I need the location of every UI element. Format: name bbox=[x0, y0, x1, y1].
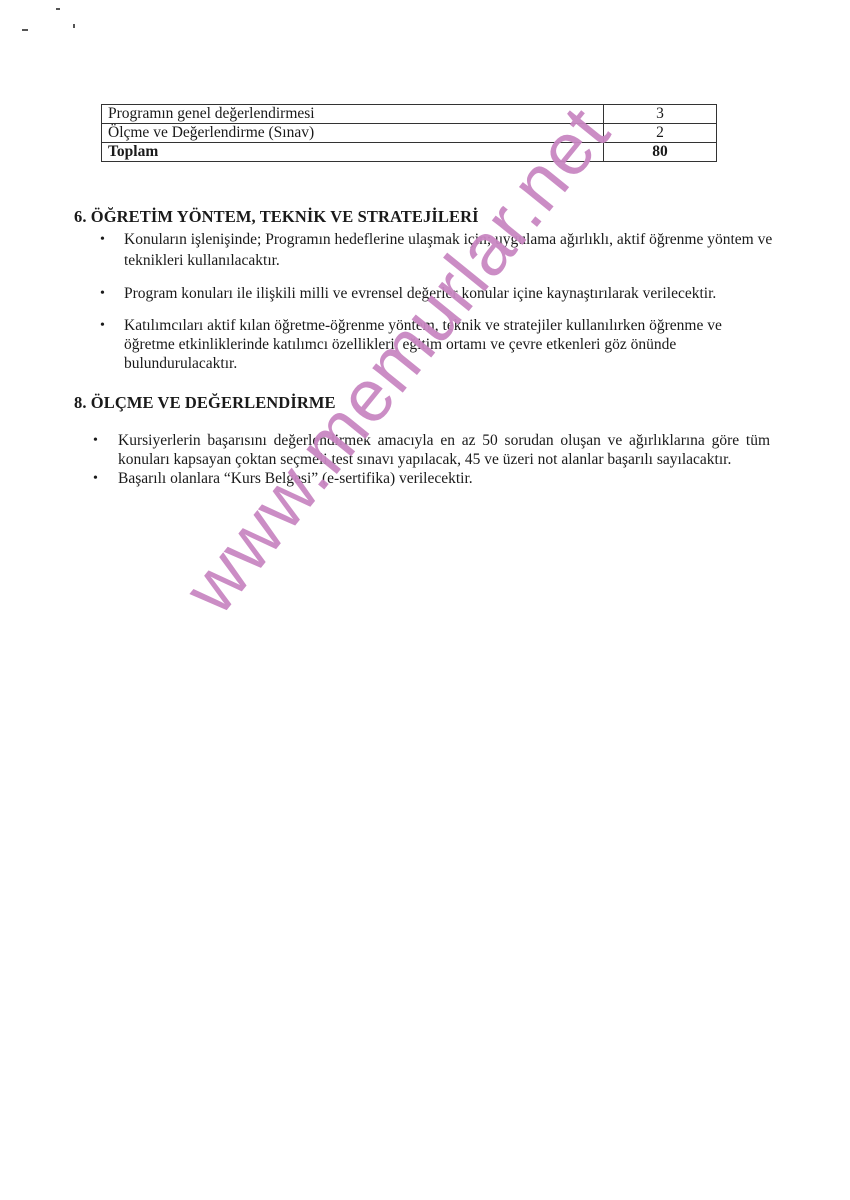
row-value: 2 bbox=[604, 124, 717, 143]
table-row: Ölçme ve Değerlendirme (Sınav) 2 bbox=[102, 124, 717, 143]
scan-artifact bbox=[56, 8, 60, 10]
section-heading: 8. ÖLÇME VE DEĞERLENDİRME bbox=[74, 393, 774, 413]
section-teaching-methods: 6. ÖĞRETİM YÖNTEM, TEKNİK VE STRATEJİLER… bbox=[74, 207, 774, 373]
total-value: 80 bbox=[604, 143, 717, 162]
list-item-text: Program konuları ile ilişkili milli ve e… bbox=[124, 285, 716, 302]
section-heading: 6. ÖĞRETİM YÖNTEM, TEKNİK VE STRATEJİLER… bbox=[74, 207, 774, 227]
list-item-text: Katılımcıları aktif kılan öğretme-öğrenm… bbox=[124, 317, 722, 372]
row-value: 3 bbox=[604, 105, 717, 124]
list-item-text: Kursiyerlerin başarısını değerlendirmek … bbox=[118, 432, 770, 468]
list-item: •Program konuları ile ilişkili milli ve … bbox=[74, 284, 774, 303]
row-label: Ölçme ve Değerlendirme (Sınav) bbox=[102, 124, 604, 143]
total-label: Toplam bbox=[102, 143, 604, 162]
bullet-icon: • bbox=[93, 431, 98, 450]
bullet-icon: • bbox=[100, 284, 105, 303]
list-item: •Kursiyerlerin başarısını değerlendirmek… bbox=[74, 431, 770, 469]
bullet-icon: • bbox=[100, 316, 105, 335]
row-label: Programın genel değerlendirmesi bbox=[102, 105, 604, 124]
scan-artifact bbox=[73, 24, 75, 28]
list-item-text: Konuların işlenişinde; Programın hedefle… bbox=[124, 231, 772, 269]
bullet-list: •Konuların işlenişinde; Programın hedefl… bbox=[74, 229, 774, 373]
table-total-row: Toplam 80 bbox=[102, 143, 717, 162]
list-item: •Konuların işlenişinde; Programın hedefl… bbox=[74, 229, 774, 271]
table-row: Programın genel değerlendirmesi 3 bbox=[102, 105, 717, 124]
list-item-text: Başarılı olanlara “Kurs Belgesi” (e-sert… bbox=[118, 470, 473, 487]
bullet-icon: • bbox=[93, 469, 98, 488]
course-hours-table: Programın genel değerlendirmesi 3 Ölçme … bbox=[101, 104, 717, 162]
bullet-list: •Kursiyerlerin başarısını değerlendirmek… bbox=[74, 431, 774, 488]
bullet-icon: • bbox=[100, 229, 105, 250]
list-item: •Başarılı olanlara “Kurs Belgesi” (e-ser… bbox=[74, 469, 770, 488]
scan-artifact bbox=[22, 29, 28, 31]
list-item: •Katılımcıları aktif kılan öğretme-öğren… bbox=[74, 316, 774, 373]
section-assessment: 8. ÖLÇME VE DEĞERLENDİRME •Kursiyerlerin… bbox=[74, 393, 774, 488]
